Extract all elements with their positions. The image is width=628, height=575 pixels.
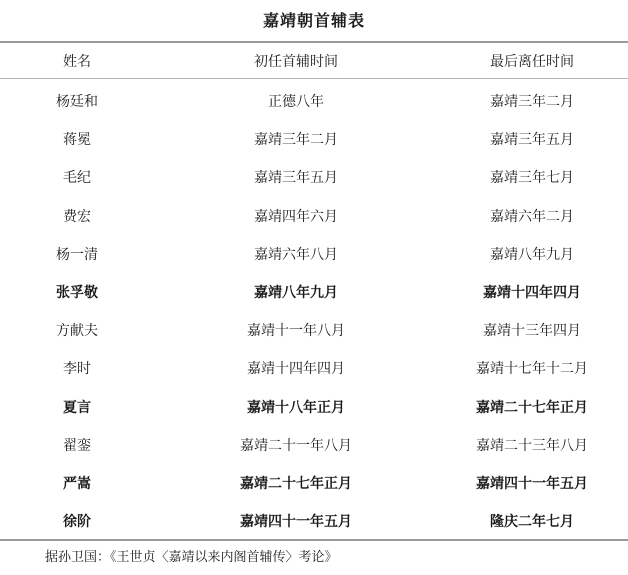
header-end: 最后离任时间 — [432, 51, 628, 71]
cell-start: 嘉靖三年五月 — [196, 167, 396, 187]
cell-name: 杨一清 — [32, 244, 122, 264]
table-row: 李时嘉靖十四年四月嘉靖十七年十二月 — [0, 356, 628, 380]
cell-end: 嘉靖十四年四月 — [432, 282, 628, 302]
table-header: 姓名 初任首辅时间 最后离任时间 — [0, 49, 628, 73]
table-row: 张孚敬嘉靖八年九月嘉靖十四年四月 — [0, 280, 628, 304]
cell-start: 嘉靖二十七年正月 — [196, 473, 396, 493]
table-row: 翟銮嘉靖二十一年八月嘉靖二十三年八月 — [0, 433, 628, 457]
cell-name: 徐阶 — [32, 511, 122, 531]
header-name: 姓名 — [32, 51, 122, 71]
cell-end: 嘉靖十七年十二月 — [432, 358, 628, 378]
table-row: 徐阶嘉靖四十一年五月隆庆二年七月 — [0, 509, 628, 533]
cell-end: 嘉靖三年二月 — [432, 91, 628, 111]
cell-end: 嘉靖十三年四月 — [432, 320, 628, 340]
cell-end: 嘉靖二十三年八月 — [432, 435, 628, 455]
top-rule — [0, 41, 628, 43]
table-row: 杨一清嘉靖六年八月嘉靖八年九月 — [0, 242, 628, 266]
cell-end: 嘉靖八年九月 — [432, 244, 628, 264]
cell-name: 翟銮 — [32, 435, 122, 455]
cell-end: 嘉靖二十七年正月 — [432, 397, 628, 417]
cell-start: 正德八年 — [196, 91, 396, 111]
cell-end: 嘉靖六年二月 — [432, 206, 628, 226]
table-row: 方献夫嘉靖十一年八月嘉靖十三年四月 — [0, 318, 628, 342]
table-row: 夏言嘉靖十八年正月嘉靖二十七年正月 — [0, 395, 628, 419]
cell-name: 毛纪 — [32, 167, 122, 187]
cell-start: 嘉靖十四年四月 — [196, 358, 396, 378]
table-row: 杨廷和正德八年嘉靖三年二月 — [0, 89, 628, 113]
cell-start: 嘉靖三年二月 — [196, 129, 396, 149]
source-note: 据孙卫国：《王世贞〈嘉靖以来内阁首辅传〉考论》 — [45, 546, 338, 565]
cell-start: 嘉靖八年九月 — [196, 282, 396, 302]
cell-name: 方献夫 — [32, 320, 122, 340]
cell-start: 嘉靖四年六月 — [196, 206, 396, 226]
table-row: 严嵩嘉靖二十七年正月嘉靖四十一年五月 — [0, 471, 628, 495]
cell-name: 蒋冕 — [32, 129, 122, 149]
cell-name: 夏言 — [32, 397, 122, 417]
cell-name: 费宏 — [32, 206, 122, 226]
header-rule — [0, 78, 628, 79]
cell-end: 嘉靖三年七月 — [432, 167, 628, 187]
table-row: 费宏嘉靖四年六月嘉靖六年二月 — [0, 204, 628, 228]
cell-name: 杨廷和 — [32, 91, 122, 111]
table-title: 嘉靖朝首辅表 — [0, 8, 628, 31]
cell-start: 嘉靖六年八月 — [196, 244, 396, 264]
cell-name: 李时 — [32, 358, 122, 378]
cell-start: 嘉靖四十一年五月 — [196, 511, 396, 531]
bottom-rule — [0, 539, 628, 541]
cell-end: 嘉靖三年五月 — [432, 129, 628, 149]
cell-end: 隆庆二年七月 — [432, 511, 628, 531]
table-row: 蒋冕嘉靖三年二月嘉靖三年五月 — [0, 127, 628, 151]
cell-name: 严嵩 — [32, 473, 122, 493]
cell-end: 嘉靖四十一年五月 — [432, 473, 628, 493]
header-start: 初任首辅时间 — [196, 51, 396, 71]
cell-start: 嘉靖二十一年八月 — [196, 435, 396, 455]
cell-start: 嘉靖十一年八月 — [196, 320, 396, 340]
cell-name: 张孚敬 — [32, 282, 122, 302]
cell-start: 嘉靖十八年正月 — [196, 397, 396, 417]
table-row: 毛纪嘉靖三年五月嘉靖三年七月 — [0, 165, 628, 189]
